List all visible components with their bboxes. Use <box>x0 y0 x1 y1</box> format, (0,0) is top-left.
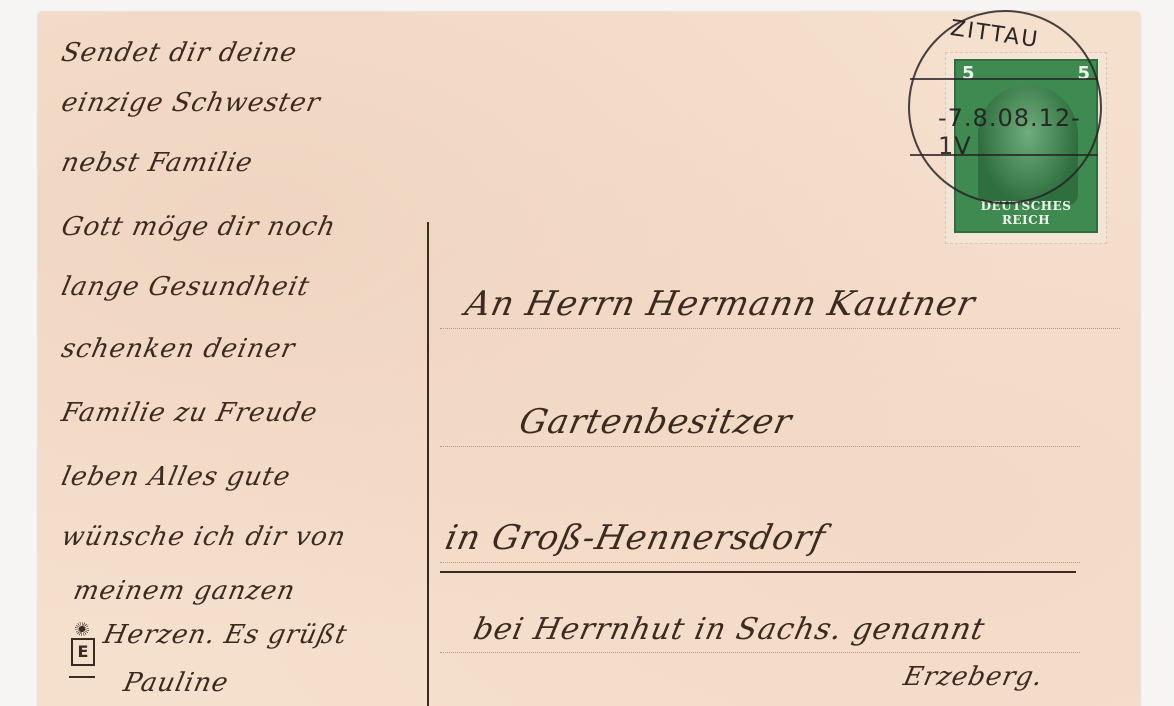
message-line: Herzen. Es grüßt <box>101 620 350 650</box>
publisher-logo: E <box>66 622 100 684</box>
address-recipient: An Herrn Hermann Kautner <box>462 284 979 324</box>
vertical-divider <box>427 222 429 706</box>
address-region: bei Herrnhut in Sachs. genannt <box>470 612 988 647</box>
message-line: Familie zu Freude <box>59 398 321 428</box>
message-line: lange Gesundheit <box>59 272 313 302</box>
address-occupation: Gartenbesitzer <box>516 402 796 442</box>
message-line: Sendet dir deine <box>59 38 300 68</box>
message-line: schenken deiner <box>59 334 298 364</box>
address-guide-line <box>440 652 1080 653</box>
postmark-bar <box>910 154 1098 156</box>
message-line: einzige Schwester <box>59 88 324 118</box>
address-underline <box>440 571 1076 573</box>
signature: Pauline <box>121 668 232 698</box>
message-line: Gott möge dir noch <box>59 212 339 242</box>
postmark-date: -7.8.08.12-1V <box>938 104 1100 160</box>
message-line: meinem ganzen <box>71 576 299 606</box>
message-line: leben Alles gute <box>59 462 294 492</box>
address-town: in Groß-Hennersdorf <box>442 518 830 558</box>
sun-icon <box>75 622 89 636</box>
postmark-city: ZITTAU <box>949 16 1041 53</box>
logo-base <box>69 668 95 678</box>
address-nickname: Erzeberg. <box>901 662 1046 692</box>
postmark-bar <box>910 78 1098 80</box>
message-line: wünsche ich dir von <box>59 522 349 552</box>
address-guide-line <box>440 446 1080 447</box>
stamp-label: DEUTSCHES REICH <box>956 199 1096 227</box>
address-guide-line <box>440 562 1080 563</box>
shield-icon: E <box>71 638 95 666</box>
postmark: ZITTAU -7.8.08.12-1V <box>908 10 1102 204</box>
message-line: nebst Familie <box>59 148 256 178</box>
address-guide-line <box>440 328 1120 329</box>
